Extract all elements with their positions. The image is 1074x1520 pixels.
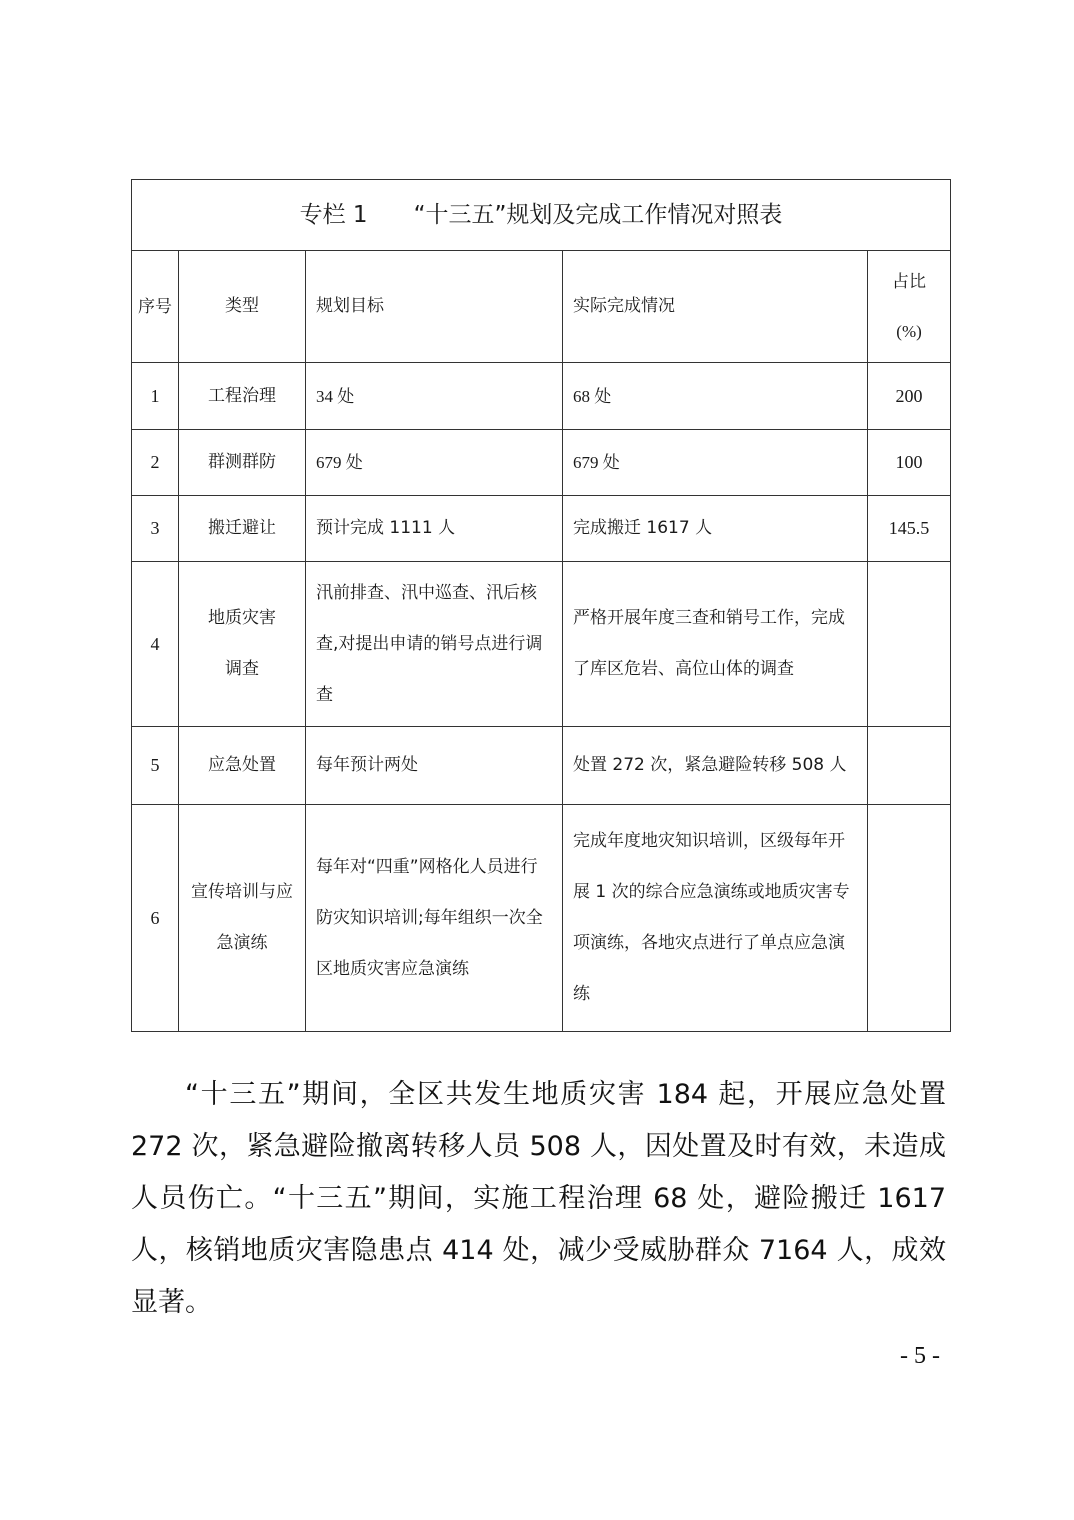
table-row: 3 搬迁避让 预计完成 1111 人 完成搬迁 1617 人 145.5: [132, 496, 951, 562]
header-ratio: 占比(%): [868, 251, 951, 363]
table-header-row: 序号 类型 规划目标 实际完成情况 占比(%): [132, 251, 951, 363]
header-plan: 规划目标: [306, 251, 563, 363]
comparison-table: 专栏 1“十三五”规划及完成工作情况对照表 序号 类型 规划目标 实际完成情况 …: [131, 179, 951, 1032]
table-title-row: 专栏 1“十三五”规划及完成工作情况对照表: [132, 180, 951, 251]
table-row: 5 应急处置 每年预计两处 处置 272 次，紧急避险转移 508 人: [132, 727, 951, 805]
table-row: 4 地质灾害调查 汛前排查、汛中巡查、汛后核查,对提出申请的销号点进行调查 严格…: [132, 562, 951, 727]
table-row: 1 工程治理 34 处 68 处 200: [132, 363, 951, 430]
header-index: 序号: [132, 251, 179, 363]
header-type: 类型: [179, 251, 306, 363]
body-paragraph: “十三五”期间，全区共发生地质灾害 184 起，开展应急处置 272 次，紧急避…: [131, 1069, 946, 1329]
table-row: 6 宣传培训与应急演练 每年对“四重”网格化人员进行防灾知识培训;每年组织一次全…: [132, 805, 951, 1032]
table-row: 2 群测群防 679 处 679 处 100: [132, 430, 951, 496]
table-title: 专栏 1“十三五”规划及完成工作情况对照表: [132, 180, 951, 251]
header-actual: 实际完成情况: [563, 251, 868, 363]
page-number: - 5 -: [900, 1343, 940, 1370]
